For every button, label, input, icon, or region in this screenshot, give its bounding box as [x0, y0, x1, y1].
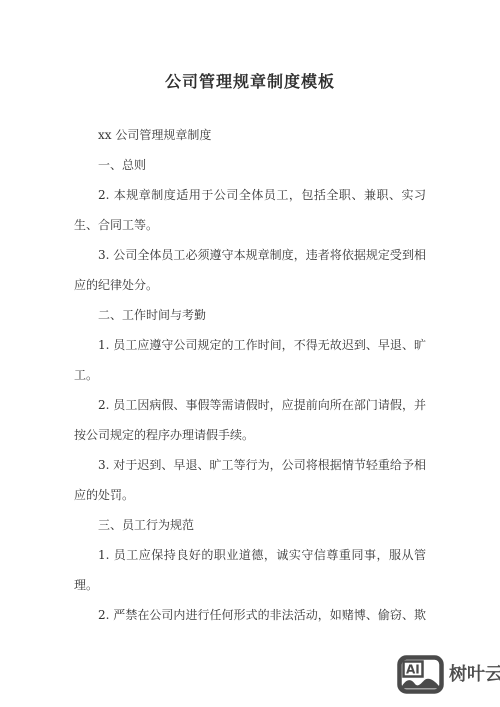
document-page: 公司管理规章制度模板 xx 公司管理规章制度一、总则2. 本规章制度适用于公司全… — [0, 0, 500, 707]
text-line: 理。 — [74, 570, 426, 600]
ai-image-icon: AI — [397, 655, 444, 694]
document-body: 公司管理规章制度模板 xx 公司管理规章制度一、总则2. 本规章制度适用于公司全… — [74, 70, 426, 630]
text-line: 工。 — [74, 360, 426, 390]
text-lines: xx 公司管理规章制度一、总则2. 本规章制度适用于公司全体员工，包括全职、兼职… — [74, 120, 426, 630]
text-line: 生、合同工等。 — [74, 210, 426, 240]
text-line: 3. 公司全体员工必须遵守本规章制度，违者将依据规定受到相 — [74, 240, 426, 270]
text-line: 按公司规定的程序办理请假手续。 — [74, 420, 426, 450]
text-line: 一、总则 — [74, 150, 426, 180]
ai-icon-label: AI — [406, 663, 420, 677]
text-line: 2. 员工因病假、事假等需请假时，应提前向所在部门请假，并 — [74, 390, 426, 420]
text-line: 应的纪律处分。 — [74, 270, 426, 300]
text-line: 1. 员工应遵守公司规定的工作时间，不得无故迟到、早退、旷 — [74, 330, 426, 360]
watermark-label: 树叶云 — [449, 655, 500, 694]
text-line: 二、工作时间与考勤 — [74, 300, 426, 330]
text-line: 1. 员工应保持良好的职业道德，诚实守信尊重同事，服从管 — [74, 540, 426, 570]
page-title: 公司管理规章制度模板 — [74, 70, 426, 94]
text-line: 三、员工行为规范 — [74, 510, 426, 540]
text-line: 2. 严禁在公司内进行任何形式的非法活动，如赌博、偷窃、欺 — [74, 600, 426, 630]
text-line: 2. 本规章制度适用于公司全体员工，包括全职、兼职、实习 — [74, 180, 426, 210]
text-line: 应的处罚。 — [74, 480, 426, 510]
text-line: xx 公司管理规章制度 — [74, 120, 426, 150]
text-line: 3. 对于迟到、早退、旷工等行为，公司将根据情节轻重给予相 — [74, 450, 426, 480]
watermark: AI 树叶云 — [397, 655, 500, 694]
